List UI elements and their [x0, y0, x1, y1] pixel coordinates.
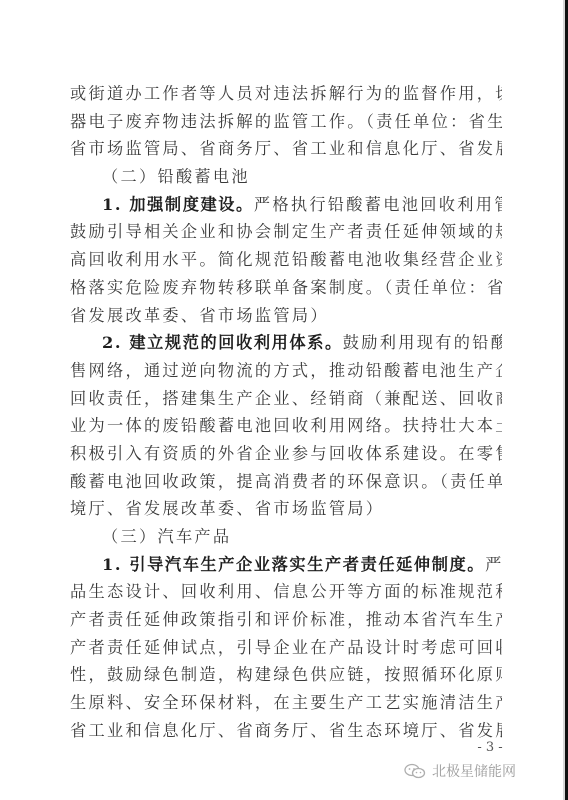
paragraph-line: 格落实危险废弃物转移联单备案制度。（责任单位：省生态环境厅、	[70, 274, 502, 302]
item-title: 2. 建立规范的回收利用体系。	[102, 333, 343, 352]
paragraph-line: 业为一体的废铅酸蓄电池回收利用网络。扶持壮大本土回收企业，	[70, 412, 502, 440]
paragraph-line: 回收责任，搭建集生产企业、经销商（兼配送、回收商）、再生铅企	[70, 385, 502, 413]
document-body: 或街道办工作者等人员对违法拆解行为的监督作用，切实推进对电 器电子废弃物违法拆解…	[70, 80, 502, 745]
paragraph-line: 器电子废弃物违法拆解的监管工作。（责任单位：省生态环境厅、	[70, 108, 502, 136]
paragraph-line: 积极引入有资质的外省企业参与回收体系建设。在零售场所宣传铅	[70, 440, 502, 468]
page-number: - 3 -	[460, 740, 520, 755]
section-heading-automobile-products: （三）汽车产品	[70, 523, 502, 551]
section-heading-lead-acid-battery: （二）铅酸蓄电池	[70, 163, 502, 191]
watermark-text: 北极星储能网	[432, 761, 516, 781]
paragraph-line: 境厅、省发展改革委、省市场监管局）	[70, 495, 502, 523]
item-heading-line: 1. 引导汽车生产企业落实生产者责任延伸制度。严格执行产	[70, 551, 502, 579]
wechat-icon	[404, 763, 426, 779]
item-text: 严格执行产	[485, 555, 502, 574]
item-heading-line: 2. 建立规范的回收利用体系。鼓励利用现有的铅酸蓄电池销	[70, 329, 502, 357]
paragraph-line: 酸蓄电池回收政策，提高消费者的环保意识。（责任单位：省生态环	[70, 468, 502, 496]
paragraph-line: 生原料、安全环保材料，在主要生产工艺实施清洁生产。（责任单位：	[70, 689, 502, 717]
item-title: 1. 加强制度建设。	[102, 195, 254, 214]
item-heading-line: 1. 加强制度建设。严格执行铅酸蓄电池回收利用管理规定，	[70, 191, 502, 219]
paragraph-line: 鼓励引导相关企业和协会制定生产者责任延伸领域的规范标准，提	[70, 218, 502, 246]
paragraph-line: 或街道办工作者等人员对违法拆解行为的监督作用，切实推进对电	[70, 80, 502, 108]
item-text: 鼓励利用现有的铅酸蓄电池销	[343, 333, 502, 352]
paragraph-line: 品生态设计、回收利用、信息公开等方面的标准规范和汽车产品生	[70, 578, 502, 606]
paragraph-line: 省工业和信息化厅、省商务厅、省生态环境厅、省发展改革委、省	[70, 717, 502, 745]
item-title: 1. 引导汽车生产企业落实生产者责任延伸制度。	[102, 555, 485, 574]
paragraph-line: 性，鼓励绿色制造，构建绿色供应链，按照循环化原则优先使用再	[70, 661, 502, 689]
paragraph-line: 产者责任延伸政策指引和评价标准，推动本省汽车生产企业开展生	[70, 606, 502, 634]
item-text: 严格执行铅酸蓄电池回收利用管理规定，	[254, 195, 502, 214]
paragraph-line: 高回收利用水平。简化规范铅酸蓄电池收集经营企业资质管理，严	[70, 246, 502, 274]
paragraph-line: 省市场监管局、省商务厅、省工业和信息化厅、省发展改革委）	[70, 135, 502, 163]
paragraph-line: 省发展改革委、省市场监管局）	[70, 302, 502, 330]
document-page: 或街道办工作者等人员对违法拆解行为的监督作用，切实推进对电 器电子废弃物违法拆解…	[0, 0, 565, 800]
paragraph-line: 售网络，通过逆向物流的方式，推动铅酸蓄电池生产企业积极落实	[70, 357, 502, 385]
watermark: 北极星储能网	[404, 761, 516, 781]
paragraph-line: 产者责任延伸试点，引导企业在产品设计时考虑可回收性、可拆解	[70, 634, 502, 662]
